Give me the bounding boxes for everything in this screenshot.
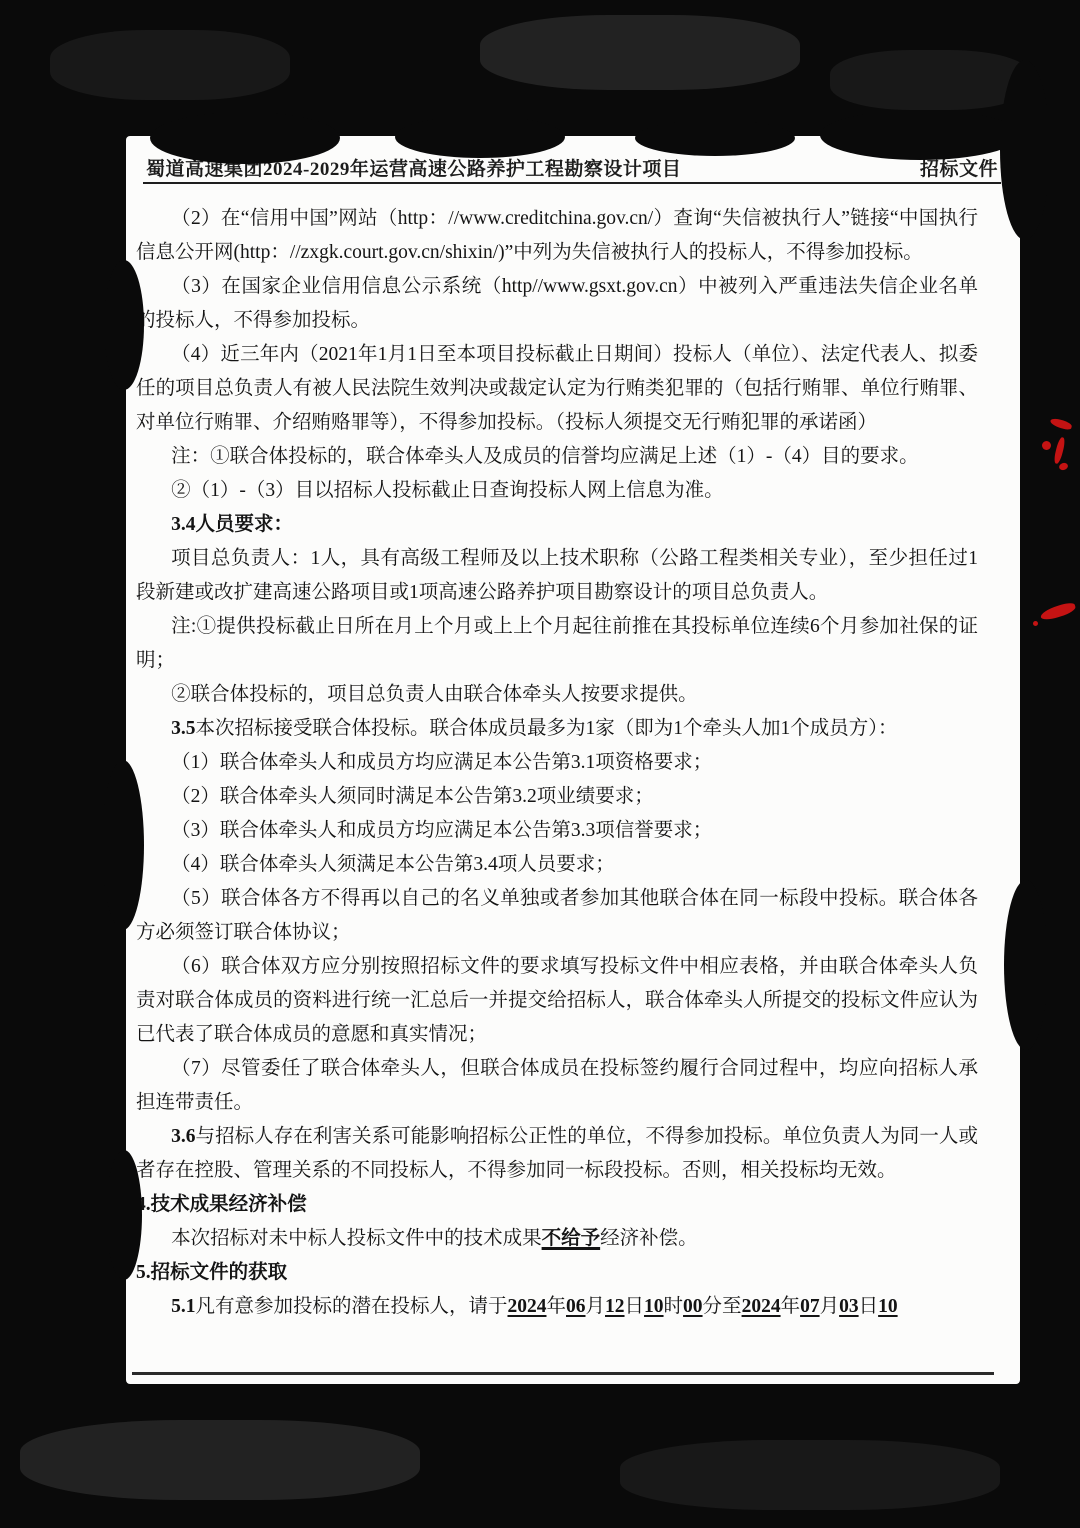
text-segment: （5）联合体各方不得再以自己的名义单独或者参加其他联合体在同一标段中投标。联合体… [136, 888, 978, 943]
para-consortium-7: （7）尽管委任了联合体牵头人，但联合体成员在投标签约履行合同过程中，均应向招标人… [136, 1052, 978, 1120]
heading-4: 4.技术成果经济补偿 [136, 1188, 978, 1222]
scan-edge-blob [150, 112, 340, 164]
text-segment: 凡有意参加投标的潜在投标人，请于 [195, 1296, 507, 1317]
text-segment: ②（1）-（3）目以招标人投标截止日查询投标人网上信息为准。 [171, 480, 724, 501]
text-segment: 3.4人员要求： [171, 514, 293, 535]
para-consortium-note: ②联合体投标的，项目总负责人由联合体牵头人按要求提供。 [136, 678, 978, 712]
scan-edge-blob [104, 260, 144, 390]
text-segment: 10 [644, 1296, 664, 1317]
para-5-1: 5.1凡有意参加投标的潜在投标人，请于2024年06月12日10时00分至202… [136, 1290, 978, 1324]
scanned-document-screen: 蜀道高速集团2024-2029年运营高速公路养护工程勘察设计项目 招标文件 （2… [0, 0, 1080, 1528]
document-body: （2）在“信用中国”网站（http：//www.creditchina.gov.… [136, 202, 978, 1324]
text-segment: 00 [683, 1296, 703, 1317]
text-segment: 本次招标接受联合体投标。联合体成员最多为1家（即为1个牵头人加1个成员方）： [195, 718, 897, 739]
scan-artifact [480, 15, 800, 90]
text-segment: 2024 [742, 1296, 781, 1317]
para-3-6: 3.6与招标人存在利害关系可能影响招标公正性的单位，不得参加投标。单位负责人为同… [136, 1120, 978, 1188]
text-segment: 本次招标对未中标人投标文件中的技术成果 [171, 1228, 542, 1249]
scan-edge-blob [1004, 880, 1048, 1050]
para-gsxt: （3）在国家企业信用信息公示系统（http//www.gsxt.gov.cn）中… [136, 270, 978, 338]
scan-edge-blob [635, 120, 795, 156]
para-consortium-1: （1）联合体牵头人和成员方均应满足本公告第3.1项资格要求； [136, 746, 978, 780]
scan-edge-blob [395, 116, 565, 158]
text-segment: 年 [781, 1296, 801, 1317]
text-segment: 4.技术成果经济补偿 [136, 1194, 307, 1215]
text-segment: ②联合体投标的，项目总负责人由联合体牵头人按要求提供。 [171, 684, 698, 705]
para-consortium-3: （3）联合体牵头人和成员方均应满足本公告第3.3项信誉要求； [136, 814, 978, 848]
text-segment: 03 [839, 1296, 859, 1317]
scan-artifact [620, 1440, 1000, 1510]
para-consortium-4: （4）联合体牵头人须满足本公告第3.4项人员要求； [136, 848, 978, 882]
red-pen-swoosh [1033, 621, 1038, 626]
text-segment: 3.6 [171, 1126, 195, 1147]
text-segment: （6）联合体双方应分别按照招标文件的要求填写投标文件中相应表格，并由联合体牵头人… [136, 956, 978, 1045]
text-segment: 注：①联合体投标的，联合体牵头人及成员的信誉均应满足上述（1）-（4）目的要求。 [171, 446, 919, 467]
text-segment: 月 [820, 1296, 840, 1317]
text-segment: 与招标人存在利害关系可能影响招标公正性的单位，不得参加投标。单位负责人为同一人或… [136, 1126, 978, 1181]
text-segment: （3）在国家企业信用信息公示系统（http//www.gsxt.gov.cn）中… [136, 276, 978, 331]
scan-artifact [830, 50, 1030, 110]
para-compensation: 本次招标对未中标人投标文件中的技术成果不给予经济补偿。 [136, 1222, 978, 1256]
text-segment: 07 [800, 1296, 820, 1317]
heading-3-4: 3.4人员要求： [136, 508, 978, 542]
text-segment: （4）联合体牵头人须满足本公告第3.4项人员要求； [171, 854, 615, 875]
para-social-security-note: 注:①提供投标截止日所在月上个月或上上个月起往前推在其投标单位连续6个月参加社保… [136, 610, 978, 678]
text-segment: （2）联合体牵头人须同时满足本公告第3.2项业绩要求； [171, 786, 654, 807]
red-pen-scribble [1042, 441, 1051, 450]
scan-artifact [50, 30, 290, 100]
scan-edge-blob [102, 760, 144, 930]
text-segment: （4）近三年内（2021年1月1日至本项目投标截止日期间）投标人（单位）、法定代… [136, 344, 978, 433]
text-segment: 不给予 [542, 1228, 601, 1249]
text-segment: 年 [546, 1296, 566, 1317]
para-chief-engineer: 项目总负责人：1人，具有高级工程师及以上技术职称（公路工程类相关专业），至少担任… [136, 542, 978, 610]
scan-edge-blob [1000, 60, 1050, 240]
text-segment: 日 [625, 1296, 645, 1317]
text-segment: 分至 [703, 1296, 742, 1317]
text-segment: 日 [859, 1296, 879, 1317]
text-segment: 5.招标文件的获取 [136, 1262, 287, 1283]
text-segment: （1）联合体牵头人和成员方均应满足本公告第3.1项资格要求； [171, 752, 712, 773]
text-segment: 时 [664, 1296, 684, 1317]
text-segment: 10 [878, 1296, 898, 1317]
footer-rule [132, 1372, 994, 1375]
text-segment: 项目总负责人：1人，具有高级工程师及以上技术职称（公路工程类相关专业），至少担任… [136, 548, 978, 603]
text-segment: 5.1 [171, 1296, 195, 1317]
heading-5: 5.招标文件的获取 [136, 1256, 978, 1290]
para-note-2: ②（1）-（3）目以招标人投标截止日查询投标人网上信息为准。 [136, 474, 978, 508]
para-3-5: 3.5本次招标接受联合体投标。联合体成员最多为1家（即为1个牵头人加1个成员方）… [136, 712, 978, 746]
document-page: 蜀道高速集团2024-2029年运营高速公路养护工程勘察设计项目 招标文件 （2… [126, 136, 1020, 1384]
text-segment: （3）联合体牵头人和成员方均应满足本公告第3.3项信誉要求； [171, 820, 712, 841]
text-segment: 2024 [507, 1296, 546, 1317]
scan-edge-blob [106, 1150, 142, 1280]
text-segment: （2）在“信用中国”网站（http：//www.creditchina.gov.… [136, 208, 978, 263]
text-segment: 经济补偿。 [600, 1228, 698, 1249]
text-segment: 3.5 [171, 718, 195, 739]
para-credit-china: （2）在“信用中国”网站（http：//www.creditchina.gov.… [136, 202, 978, 270]
header-rule [143, 182, 1001, 184]
text-segment: 12 [605, 1296, 625, 1317]
text-segment: （7）尽管委任了联合体牵头人，但联合体成员在投标签约履行合同过程中，均应向招标人… [136, 1058, 978, 1113]
para-bribery: （4）近三年内（2021年1月1日至本项目投标截止日期间）投标人（单位）、法定代… [136, 338, 978, 440]
text-segment: 06 [566, 1296, 586, 1317]
para-consortium-2: （2）联合体牵头人须同时满足本公告第3.2项业绩要求； [136, 780, 978, 814]
para-note-1: 注：①联合体投标的，联合体牵头人及成员的信誉均应满足上述（1）-（4）目的要求。 [136, 440, 978, 474]
scan-edge-blob [820, 110, 1020, 160]
text-segment: 注:①提供投标截止日所在月上个月或上上个月起往前推在其投标单位连续6个月参加社保… [136, 616, 978, 671]
text-segment: 月 [586, 1296, 606, 1317]
scan-artifact [20, 1420, 420, 1500]
para-consortium-6: （6）联合体双方应分别按照招标文件的要求填写投标文件中相应表格，并由联合体牵头人… [136, 950, 978, 1052]
para-consortium-5: （5）联合体各方不得再以自己的名义单独或者参加其他联合体在同一标段中投标。联合体… [136, 882, 978, 950]
